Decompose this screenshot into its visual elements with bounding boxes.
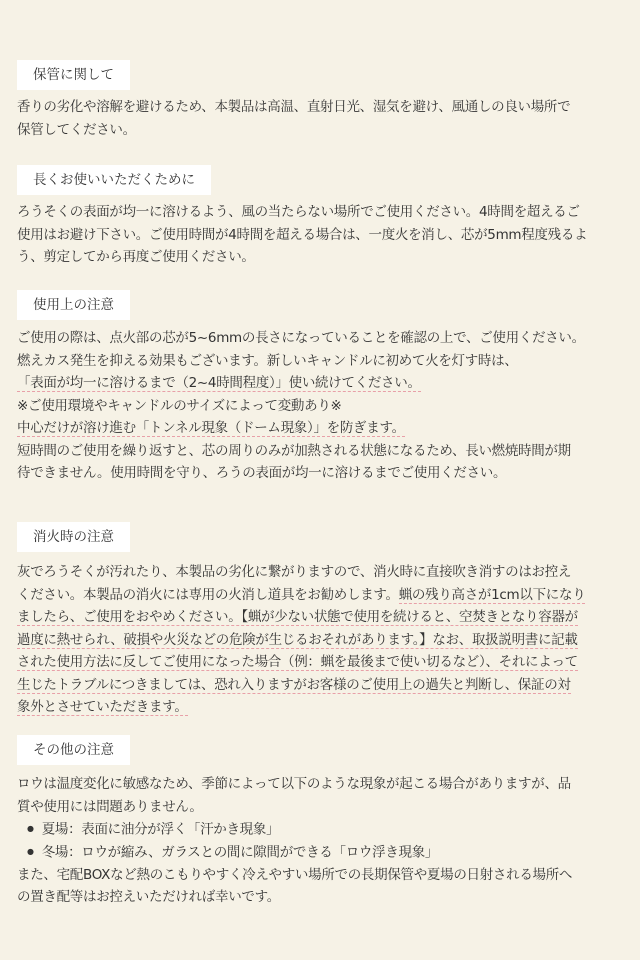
- text-line: 香りの劣化や溶解を避けるため、本製品は高温、直射日光、湿気を避け、風通しの良い場…: [17, 96, 629, 119]
- extinguish-text: 灰でろうそくが汚れたり、本製品の劣化に繋がりますので、消火時に直接吹き消すのはお…: [17, 561, 629, 719]
- text-line: の置き配等はお控えいただければ幸いです。: [17, 886, 629, 909]
- text-line: 灰でろうそくが汚れたり、本製品の劣化に繋がりますので、消火時に直接吹き消すのはお…: [17, 561, 629, 584]
- text-line: 質や使用には問題ありません。: [17, 796, 629, 819]
- heading-extinguish: 消火時の注意: [17, 522, 130, 552]
- storage-text: 香りの劣化や溶解を避けるため、本製品は高温、直射日光、湿気を避け、風通しの良い場…: [17, 96, 629, 141]
- heading-other: その他の注意: [17, 735, 130, 765]
- heading-storage: 保管に関して: [17, 60, 130, 90]
- text-line: 待できません。使用時間を守り、ろうの表面が均一に溶けるまでご使用ください。: [17, 462, 629, 485]
- list-item-winter: 冬場：ロウが縮み、ガラスとの間に隙間ができる「ロウ浮き現象」: [17, 841, 629, 864]
- underlined-text: 「表面が均一に溶けるまで（2~4時間程度）」使い続けてください。: [17, 375, 421, 392]
- other-text: ロウは温度変化に敏感なため、季節によって以下のような現象が起こる場合がありますが…: [17, 773, 629, 909]
- underlined-text: 過度に熱せられ、破損や火災などの危険が生じるおそれがあります。】なお、取扱説明書…: [17, 632, 578, 649]
- underlined-text: 蝋の残り高さが1cm以下になり: [399, 587, 586, 604]
- text-line: ※ご使用環境やキャンドルのサイズによって変動あり※: [17, 395, 629, 418]
- underlined-text: 中心だけが溶け進む「トンネル現象（ドーム現象）」を防ぎます。: [17, 420, 405, 437]
- text-line: また、宅配BOXなど熱のこもりやすく冷えやすい場所での長期保管や夏場の日射される…: [17, 864, 629, 887]
- text-line: 燃えカス発生を抑える効果もございます。新しいキャンドルに初めて火を灯す時は、: [17, 350, 629, 373]
- heading-long-use: 長くお使いいただくために: [17, 165, 211, 195]
- text-line: う、剪定してから再度ご使用ください。: [17, 246, 629, 269]
- text-line: 保管してください。: [17, 119, 629, 142]
- usage-caution-text: ご使用の際は、点火部の芯が5~6mmの長さになっていることを確認の上で、ご使用く…: [17, 327, 629, 485]
- text-line: ご使用の際は、点火部の芯が5~6mmの長さになっていることを確認の上で、ご使用く…: [17, 327, 629, 350]
- underlined-text: ましたら、ご使用をおやめください。【蝋が少ない状態で使用を続けると、空焚きとなり…: [17, 609, 578, 626]
- underlined-text: 生じたトラブルにつきましては、恐れ入りますがお客様のご使用上の過失と判断し、保証…: [17, 677, 571, 694]
- text-line: ください。本製品の消火には専用の火消し道具をお勧めします。: [17, 587, 399, 603]
- heading-usage-caution: 使用上の注意: [17, 290, 130, 320]
- care-instructions-page: 保管に関して 香りの劣化や溶解を避けるため、本製品は高温、直射日光、湿気を避け、…: [0, 0, 640, 960]
- text-line: 使用はお避け下さい。ご使用時間が4時間を超える場合は、一度火を消し、芯が5mm程…: [17, 224, 629, 247]
- text-line: ロウは温度変化に敏感なため、季節によって以下のような現象が起こる場合がありますが…: [17, 773, 629, 796]
- underlined-text: された使用方法に反してご使用になった場合（例：蝋を最後まで使い切るなど）、それに…: [17, 654, 578, 671]
- text-line: ろうそくの表面が均一に溶けるよう、風の当たらない場所でご使用ください。4時間を超…: [17, 201, 629, 224]
- long-use-text: ろうそくの表面が均一に溶けるよう、風の当たらない場所でご使用ください。4時間を超…: [17, 201, 629, 269]
- text-line: 短時間のご使用を繰り返すと、芯の周りのみが加熱される状態になるため、長い燃焼時間…: [17, 440, 629, 463]
- underlined-text: 象外とさせていただきます。: [17, 699, 188, 716]
- list-item-summer: 夏場：表面に油分が浮く「汗かき現象」: [17, 818, 629, 841]
